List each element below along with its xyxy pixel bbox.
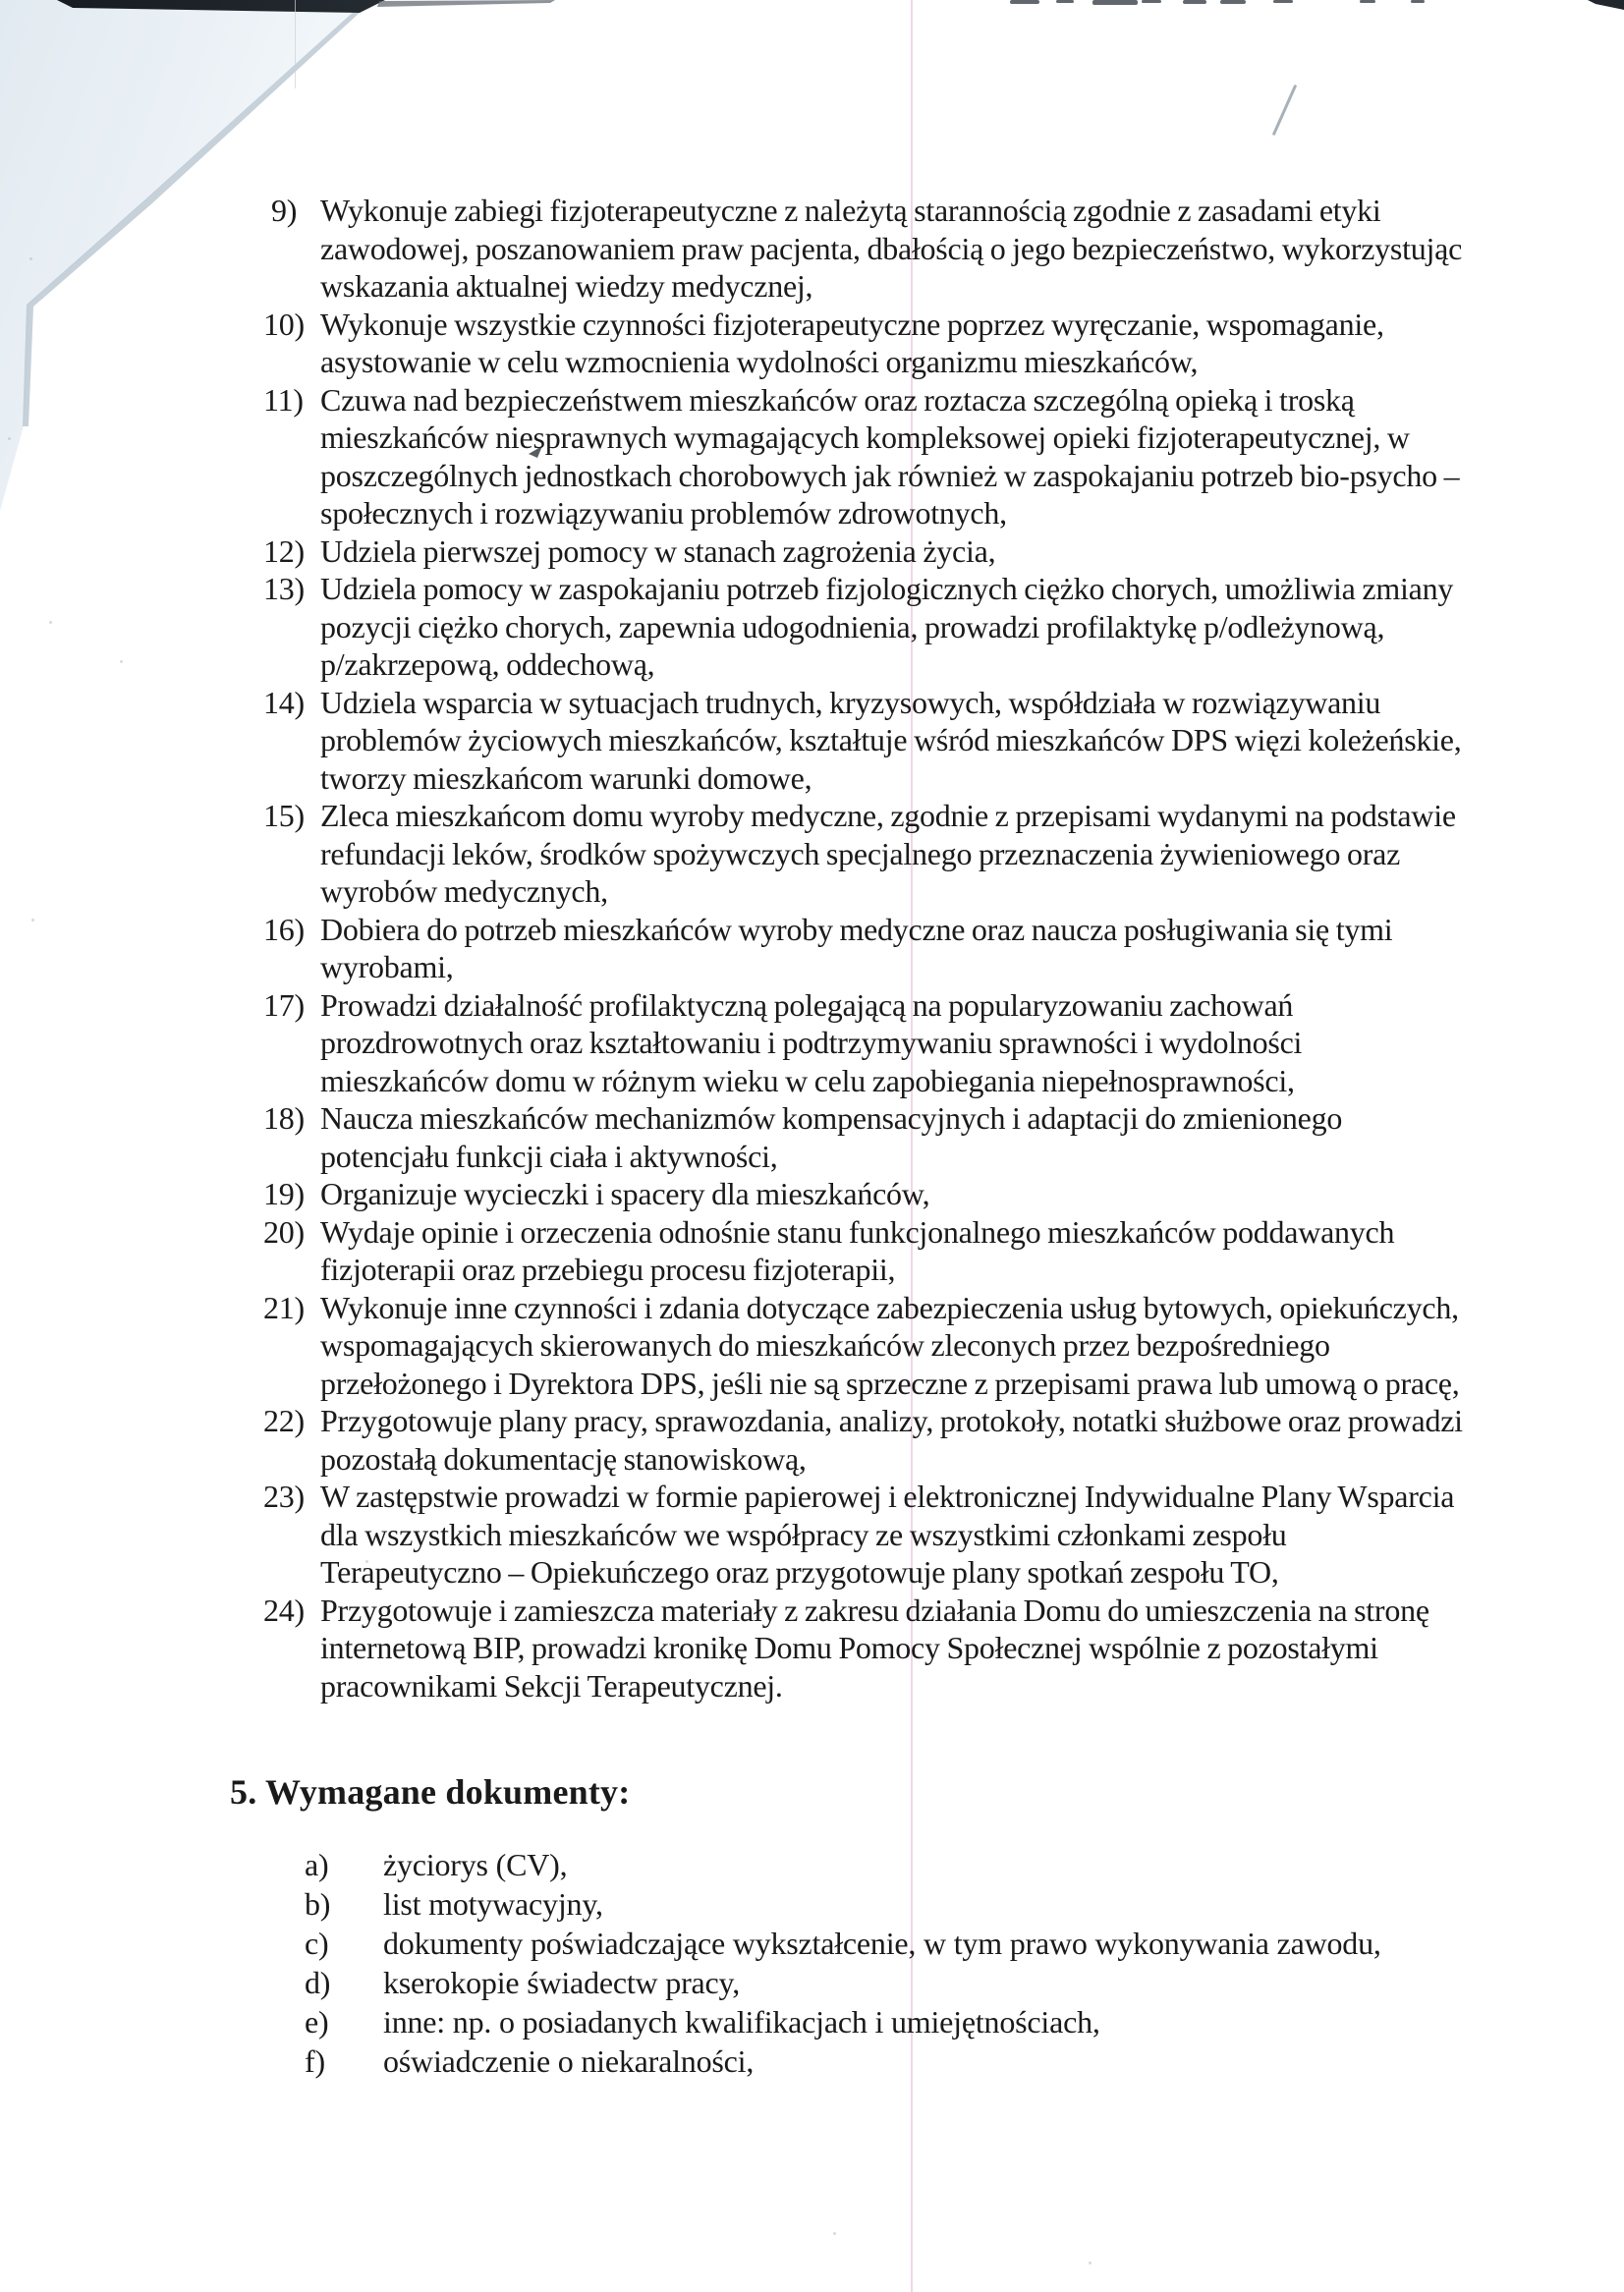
duty-item-text: Naucza mieszkańców mechanizmów kompensac… [320,1099,1470,1175]
document-list-item: e)inne: np. o posiadanych kwalifikacjach… [305,2002,1484,2041]
duty-item-number: 15) [263,797,320,835]
duty-item-number: 13) [263,570,320,608]
document-item-letter: a) [305,1845,383,1884]
document-item-letter: e) [305,2002,383,2041]
duty-item-number: 14) [263,684,320,722]
duty-item-text: Przygotowuje plany pracy, sprawozdania, … [320,1402,1470,1478]
paper-speck [8,437,11,440]
duty-list-item: 12)Udziela pierwszej pomocy w stanach za… [263,532,1474,571]
duty-item-text: Udziela wsparcia w sytuacjach trudnych, … [320,684,1470,798]
scanner-hairline-artifact [295,0,296,88]
duty-list-item: 9)Wykonuje zabiegi fizjoterapeutyczne z … [263,192,1474,306]
duty-item-number: 18) [263,1099,320,1138]
document-item-letter: f) [305,2041,383,2081]
scan-corner-mark [1588,0,1624,10]
duty-item-text: Prowadzi działalność profilaktyczną pole… [320,986,1470,1100]
duty-item-text: Zleca mieszkańcom domu wyroby medyczne, … [320,797,1470,911]
document-item-text: list motywacyjny, [383,1884,1464,1924]
scan-noise-dash [1273,0,1293,3]
scan-noise-dash [1360,0,1375,3]
duty-item-number: 11) [263,381,320,419]
duty-item-number: 12) [263,532,320,571]
duty-item-text: Wykonuje zabiegi fizjoterapeutyczne z na… [320,192,1470,306]
duty-item-number: 16) [263,911,320,949]
scan-noise-dash [1142,0,1161,3]
required-documents-list: a)życiorys (CV),b)list motywacyjny,c)dok… [305,1845,1484,2081]
document-list-item: c)dokumenty poświadczające wykształcenie… [305,1924,1484,1963]
document-item-text: oświadczenie o niekaralności, [383,2041,1464,2081]
duty-item-text: Wykonuje wszystkie czynności fizjoterape… [320,306,1470,381]
document-list-item: a)życiorys (CV), [305,1845,1484,1884]
duty-list-item: 16)Dobiera do potrzeb mieszkańców wyroby… [263,911,1474,986]
paper-speck [833,2232,836,2235]
duty-list-item: 20)Wydaje opinie i orzeczenia odnośnie s… [263,1213,1474,1289]
duty-list-item: 17)Prowadzi działalność profilaktyczną p… [263,986,1474,1100]
scan-noise-dash [1092,0,1138,5]
document-item-text: życiorys (CV), [383,1845,1464,1884]
document-list-item: b)list motywacyjny, [305,1884,1484,1924]
duty-list-item: 14)Udziela wsparcia w sytuacjach trudnyc… [263,684,1474,798]
paper-speck [29,257,32,260]
document-item-letter: d) [305,1963,383,2002]
scan-noise-dash [1411,0,1425,3]
duty-list-item: 23)W zastępstwie prowadzi w formie papie… [263,1478,1474,1592]
duty-item-text: Udziela pomocy w zaspokajaniu potrzeb fi… [320,570,1470,684]
duty-item-text: Wydaje opinie i orzeczenia odnośnie stan… [320,1213,1470,1289]
document-item-text: inne: np. o posiadanych kwalifikacjach i… [383,2002,1464,2041]
paper-speck [120,660,123,663]
duty-item-text: Organizuje wycieczki i spacery dla miesz… [320,1175,1470,1213]
duty-list-item: 18)Naucza mieszkańców mechanizmów kompen… [263,1099,1474,1175]
duty-item-number: 23) [263,1478,320,1516]
duty-list-item: 10)Wykonuje wszystkie czynności fizjoter… [263,306,1474,381]
document-item-letter: c) [305,1924,383,1963]
duty-item-text: Dobiera do potrzeb mieszkańców wyroby me… [320,911,1470,986]
duty-item-text: W zastępstwie prowadzi w formie papierow… [320,1478,1470,1592]
duty-list-item: 11)Czuwa nad bezpieczeństwem mieszkańców… [263,381,1474,532]
duty-list-item: 19)Organizuje wycieczki i spacery dla mi… [263,1175,1474,1213]
duty-item-number: 24) [263,1592,320,1630]
duty-item-number: 10) [263,306,320,344]
section-heading-required-documents: 5. Wymagane dokumenty: [230,1771,630,1813]
duty-list-item: 21)Wykonuje inne czynności i zdania doty… [263,1289,1474,1403]
duty-item-number: 20) [263,1213,320,1252]
duty-item-number: 9) [263,192,320,230]
document-list-item: f)oświadczenie o niekaralności, [305,2041,1484,2081]
duty-item-number: 17) [263,986,320,1025]
paper-speck [1089,2262,1092,2264]
document-item-text: dokumenty poświadczające wykształcenie, … [383,1924,1464,1963]
duty-item-text: Czuwa nad bezpieczeństwem mieszkańców or… [320,381,1470,532]
scan-noise-dash [1220,0,1246,4]
scan-noise-dash [1183,0,1206,4]
duty-list-item: 24)Przygotowuje i zamieszcza materiały z… [263,1592,1474,1705]
duty-item-text: Wykonuje inne czynności i zdania dotyczą… [320,1289,1470,1403]
scanned-document-page: 9)Wykonuje zabiegi fizjoterapeutyczne z … [0,0,1624,2292]
duty-item-number: 19) [263,1175,320,1213]
paper-speck [31,919,34,922]
document-list-item: d)kserokopie świadectw pracy, [305,1963,1484,2002]
duty-list-item: 13)Udziela pomocy w zaspokajaniu potrzeb… [263,570,1474,684]
scan-noise-dash [1010,0,1039,4]
paper-speck [49,621,52,624]
duties-numbered-list: 9)Wykonuje zabiegi fizjoterapeutyczne z … [263,192,1474,1705]
duty-list-item: 15)Zleca mieszkańcom domu wyroby medyczn… [263,797,1474,911]
duty-item-number: 22) [263,1402,320,1440]
duty-list-item: 22)Przygotowuje plany pracy, sprawozdani… [263,1402,1474,1478]
scan-noise-dash [1056,0,1074,3]
duty-item-number: 21) [263,1289,320,1327]
document-item-text: kserokopie świadectw pracy, [383,1963,1464,2002]
document-item-letter: b) [305,1884,383,1924]
duty-item-text: Przygotowuje i zamieszcza materiały z za… [320,1592,1470,1705]
stray-pen-slash-mark [1272,84,1298,136]
duty-item-text: Udziela pierwszej pomocy w stanach zagro… [320,532,1470,571]
